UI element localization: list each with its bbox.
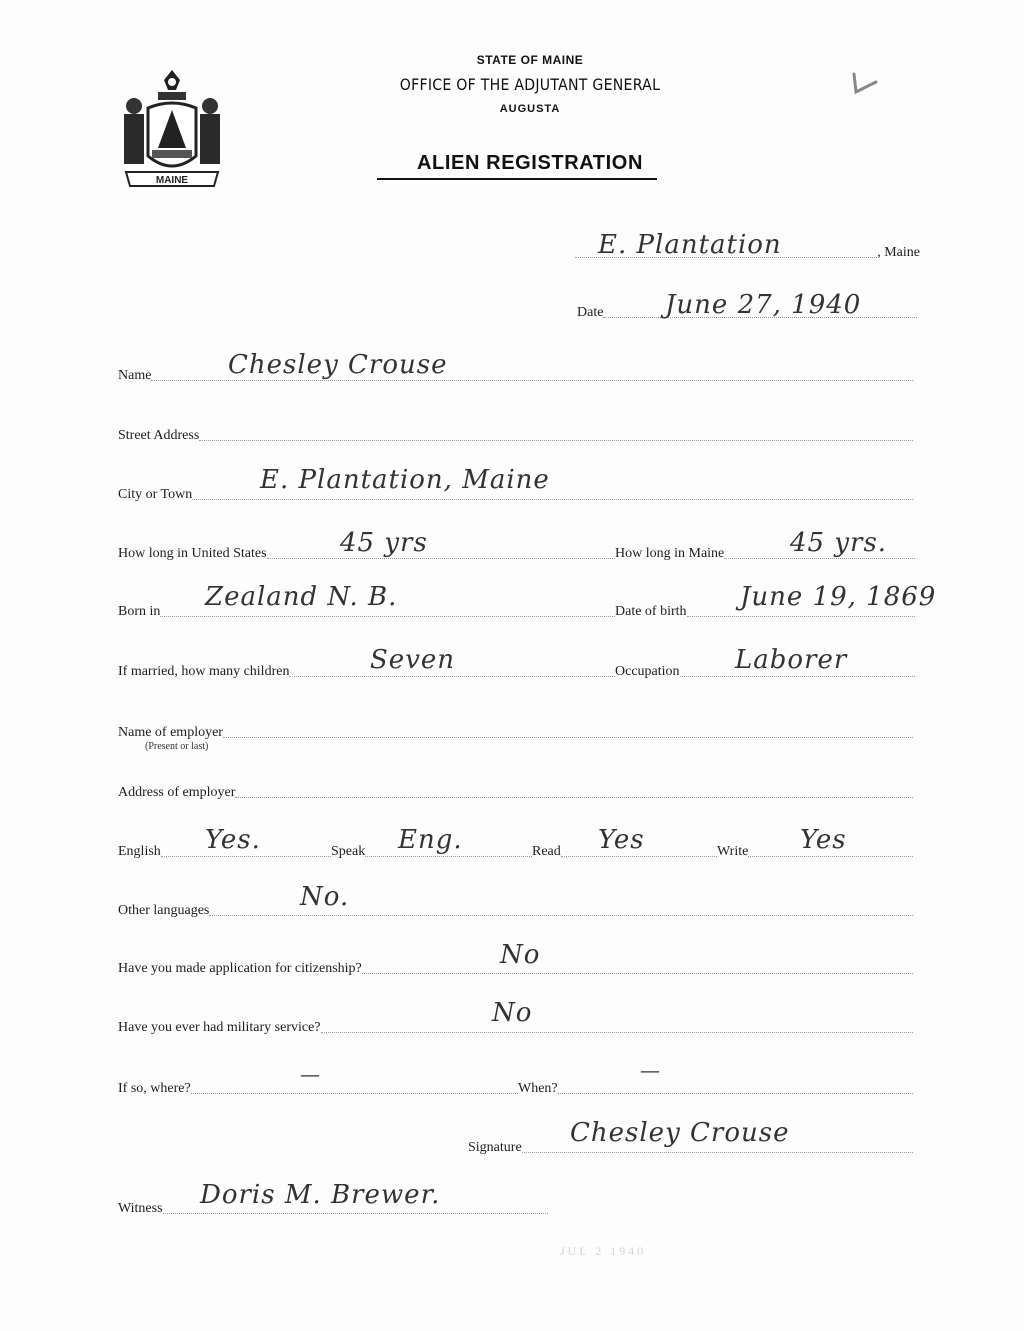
city-value[interactable]: E. Plantation, Maine <box>260 465 550 495</box>
how-long-maine-value[interactable]: 45 yrs. <box>790 528 887 558</box>
location-value[interactable]: E. Plantation <box>598 230 782 260</box>
other-languages-row: Other languages <box>118 903 913 919</box>
name-value[interactable]: Chesley Crouse <box>228 350 447 380</box>
office-heading: OFFICE OF THE ADJUTANT GENERAL <box>292 75 767 94</box>
city-heading: AUGUSTA <box>260 103 800 115</box>
registration-form: MAINE STATE OF MAINE OFFICE OF THE ADJUT… <box>0 0 1024 1331</box>
when-value[interactable]: — <box>640 1058 661 1082</box>
street-address-row: Street Address <box>118 428 913 444</box>
other-languages-value[interactable]: No. <box>300 882 349 912</box>
witness-value[interactable]: Doris M. Brewer. <box>200 1180 440 1210</box>
children-value[interactable]: Seven <box>370 645 455 675</box>
when-row: When? <box>518 1081 913 1097</box>
children-row: If married, how many children <box>118 664 615 680</box>
where-value[interactable]: — <box>300 1062 321 1086</box>
occupation-value[interactable]: Laborer <box>735 645 847 675</box>
employer-name-row: Name of employer <box>118 725 913 741</box>
employer-address-row: Address of employer <box>118 785 913 801</box>
state-heading: STATE OF MAINE <box>260 53 800 67</box>
military-value[interactable]: No <box>492 998 532 1028</box>
date-of-birth-value[interactable]: June 19, 1869 <box>740 582 936 612</box>
svg-text:MAINE: MAINE <box>156 175 189 186</box>
form-title: ALIEN REGISTRATION <box>260 152 800 175</box>
citizenship-value[interactable]: No <box>500 940 540 970</box>
location-suffix: , Maine <box>877 245 920 261</box>
signature-value[interactable]: Chesley Crouse <box>570 1118 789 1148</box>
received-stamp: JUL 2 1940 <box>560 1244 646 1259</box>
read-value[interactable]: Yes <box>598 825 645 855</box>
born-in-value[interactable]: Zealand N. B. <box>205 582 397 612</box>
title-underline <box>377 178 657 180</box>
employer-sublabel: (Present or last) <box>145 741 208 752</box>
maine-seal-icon: MAINE <box>118 68 226 190</box>
date-label: Date <box>577 305 603 321</box>
how-long-us-value[interactable]: 45 yrs <box>340 528 428 558</box>
write-value[interactable]: Yes <box>800 825 847 855</box>
speak-value[interactable]: Eng. <box>398 825 463 855</box>
checkmark-icon <box>850 70 880 100</box>
date-value[interactable]: June 27, 1940 <box>665 290 861 320</box>
english-value[interactable]: Yes. <box>205 825 261 855</box>
